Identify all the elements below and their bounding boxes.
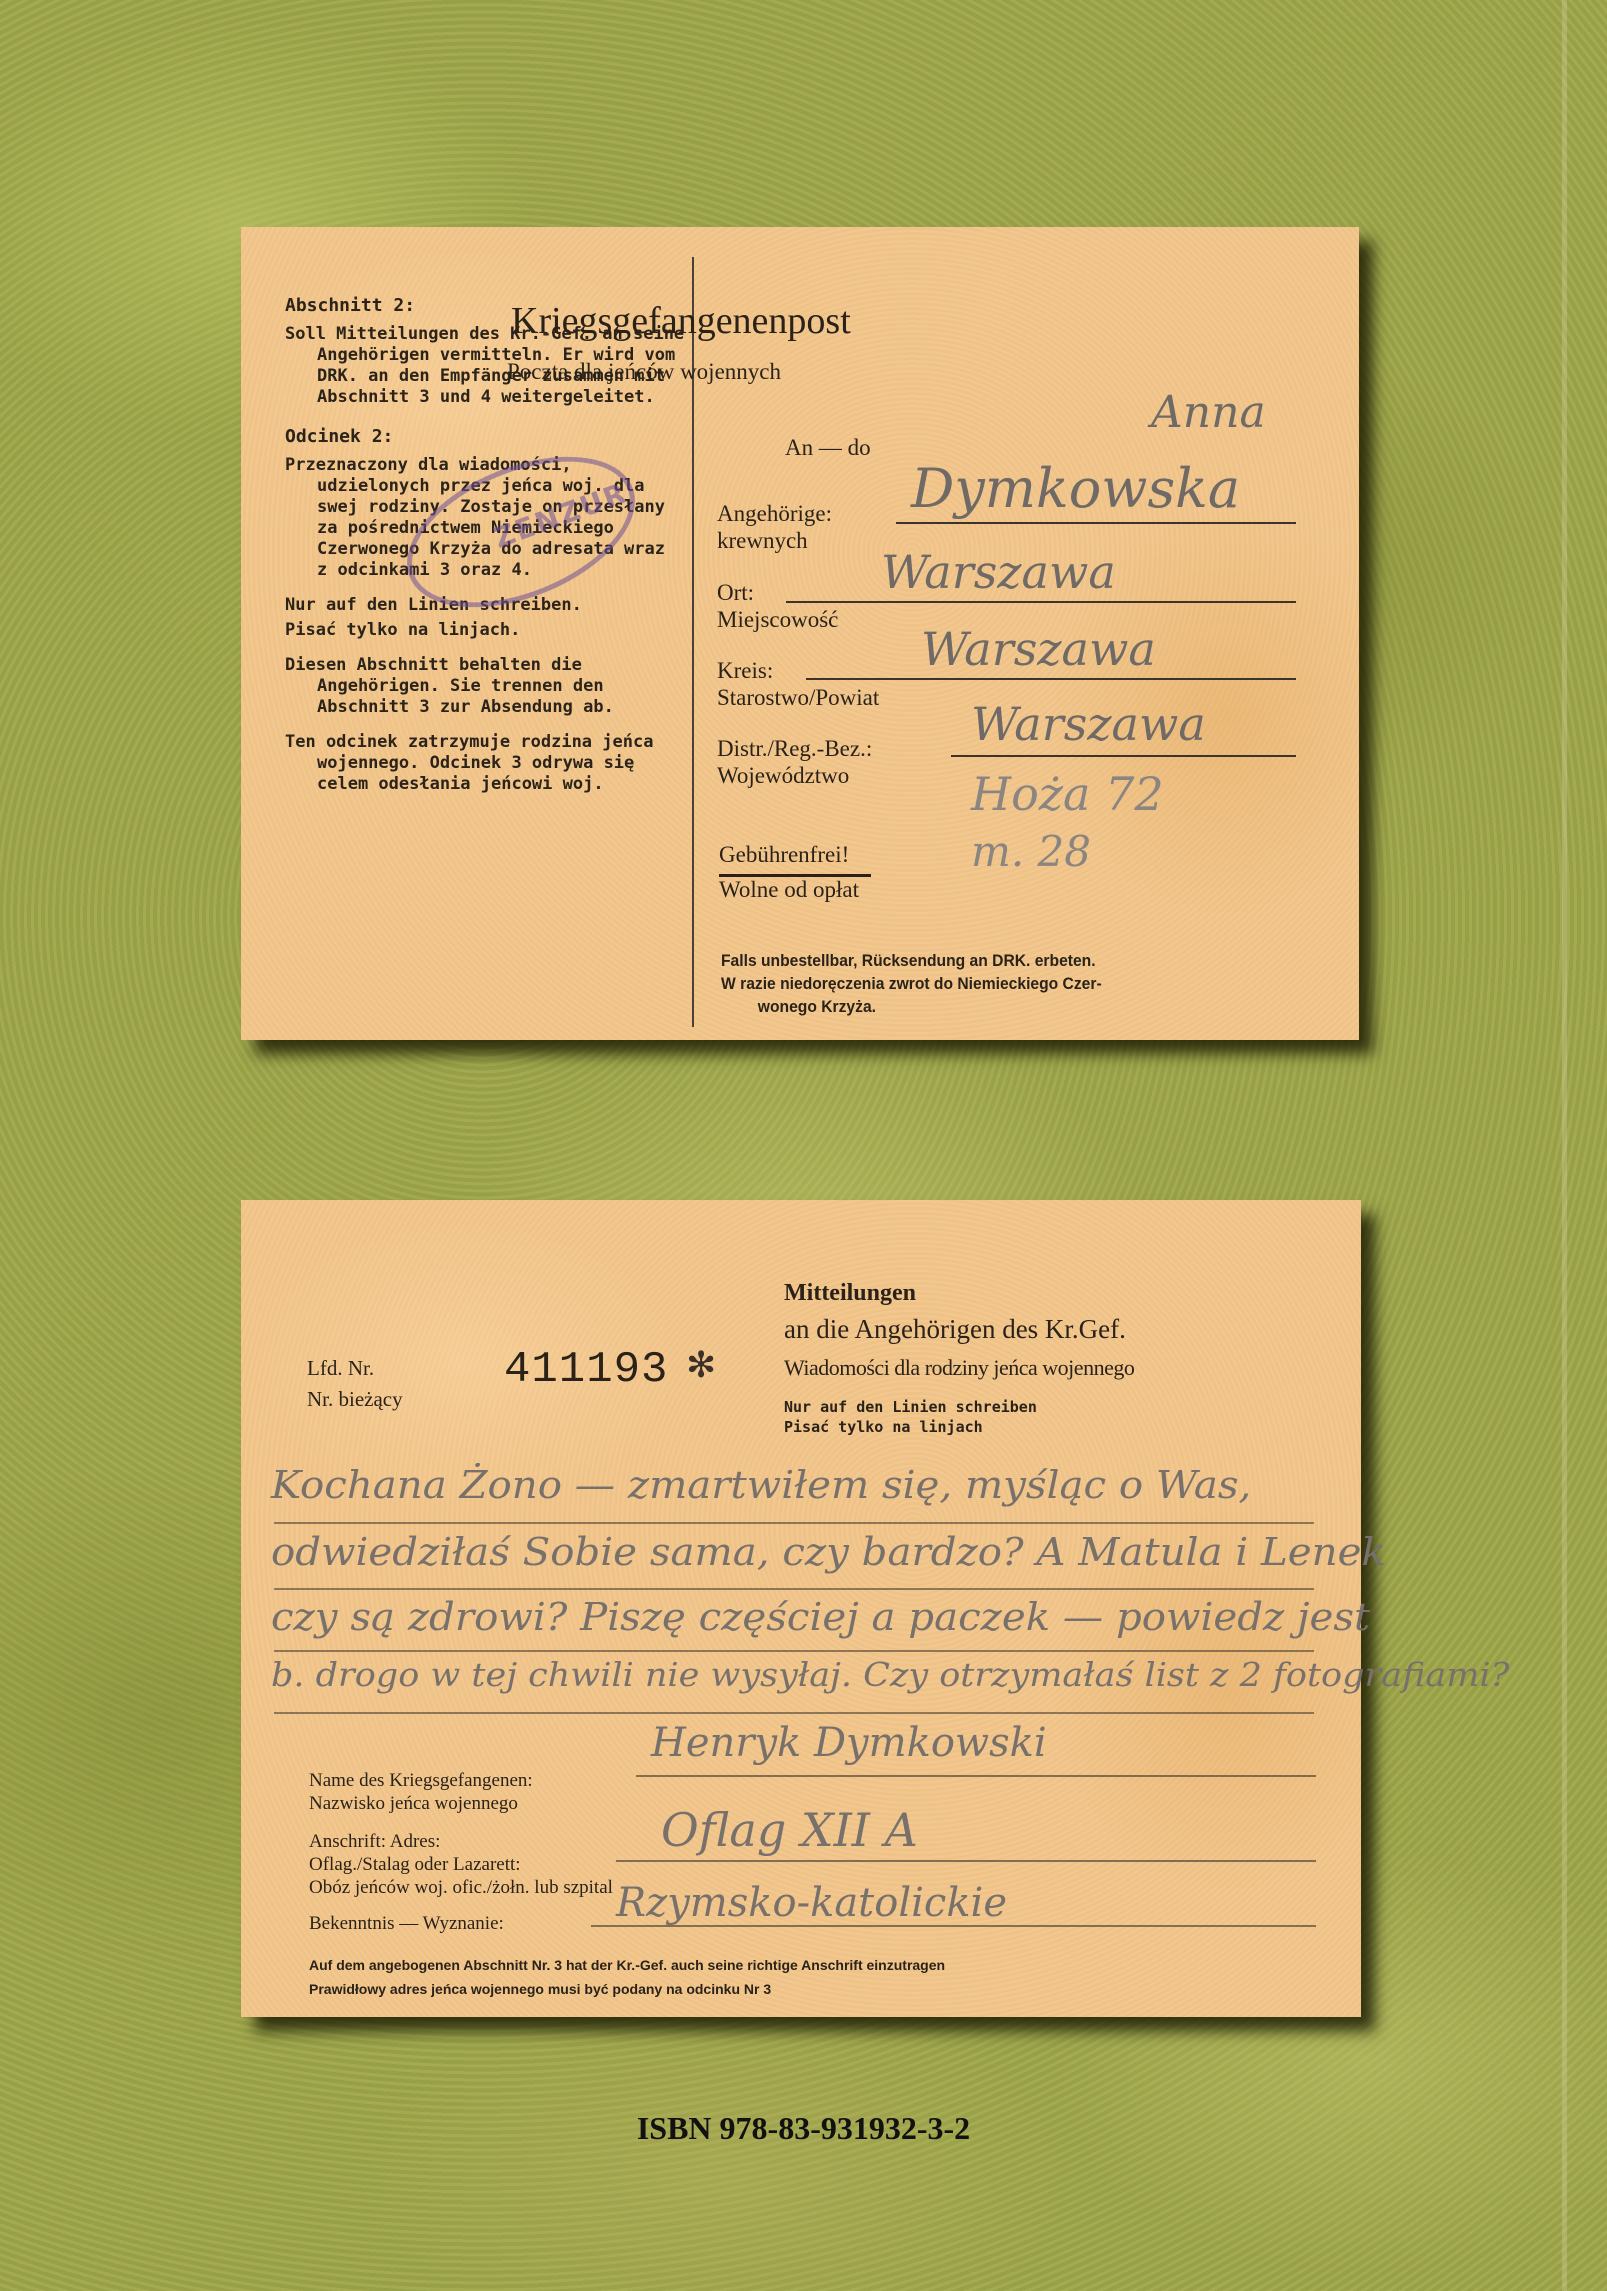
recipient-apartment: m. 28 <box>971 827 1091 876</box>
ort-line <box>786 601 1296 603</box>
ort-label: Ort: <box>717 579 754 606</box>
back-footer: Auf dem angebogenen Abschnitt Nr. 3 hat … <box>309 1953 945 2001</box>
letter-line-2: odwiedziłaś Sobie sama, czy bardzo? A Ma… <box>271 1530 1386 1574</box>
camp-address-value: Oflag XII A <box>661 1803 918 1857</box>
serial-number: 411193 <box>504 1345 668 1395</box>
powiat-label: Starostwo/Powiat <box>717 684 879 711</box>
postcard-front: Abschnitt 2: Soll Mitteilungen des Kr.-G… <box>241 227 1359 1040</box>
recipient-county: Warszawa <box>921 622 1156 676</box>
prisoner-name-line <box>636 1775 1316 1777</box>
wojewodztwo-label: Województwo <box>717 762 849 789</box>
footer-pl: Prawidłowy adres jeńca wojennego musi by… <box>309 1977 945 2001</box>
note-pl: Pisać tylko na linjach <box>784 1417 1037 1437</box>
krewnych-label: krewnych <box>717 527 808 554</box>
ruled-line <box>274 1650 1314 1652</box>
prisoner-name-label-de: Name des Kriegsgefangenen: <box>309 1769 533 1792</box>
footer-de: Auf dem angebogenen Abschnitt Nr. 3 hat … <box>309 1953 945 1977</box>
recipient-surname: Dymkowska <box>911 457 1240 520</box>
odcinek-heading: Odcinek 2: <box>285 426 685 447</box>
address-line <box>616 1860 1316 1862</box>
distr-line <box>951 755 1296 757</box>
fee-label-pl: Wolne od opłat <box>719 877 859 903</box>
angehorige-label: Angehörige: <box>717 500 832 527</box>
return-text-de: Falls unbestellbar, Rücksendung an DRK. … <box>721 949 1291 972</box>
letter-line-3: czy są zdrowi? Piszę częściej a paczek —… <box>271 1595 1370 1639</box>
write-on-lines-note: Nur auf den Linien schreiben Pisać tylko… <box>784 1397 1037 1437</box>
pisac-text: Pisać tylko na linjach. <box>285 620 685 641</box>
kreis-line <box>806 678 1296 680</box>
recipient-street: Hoża 72 <box>971 767 1164 821</box>
religion-value: Rzymsko-katolickie <box>616 1880 1007 1926</box>
postcard-back: Lfd. Nr. Nr. bieżący 411193 ✻ Mitteilung… <box>241 1200 1361 2017</box>
religion-label: Bekenntnis — Wyznanie: <box>309 1912 504 1935</box>
back-title-pl: Wiadomości dla rodziny jeńca wojennego <box>784 1355 1134 1381</box>
angehorige-line <box>896 522 1296 524</box>
distr-label: Distr./Reg.-Bez.: <box>717 735 872 762</box>
prisoner-name-label-pl: Nazwisko jeńca wojennego <box>309 1792 518 1815</box>
address-label-2: Oflag./Stalag oder Lazarett: <box>309 1853 521 1876</box>
return-text-pl-1: W razie niedoręczenia zwrot do Niemiecki… <box>721 972 1291 995</box>
recipient-province: Warszawa <box>971 697 1206 751</box>
lfd-label-de: Lfd. Nr. <box>307 1353 403 1384</box>
serial-label: Lfd. Nr. Nr. bieżący <box>307 1353 403 1415</box>
prisoner-name-value: Henryk Dymkowski <box>651 1720 1047 1766</box>
return-instructions: Falls unbestellbar, Rücksendung an DRK. … <box>721 949 1291 1018</box>
lfd-label-pl: Nr. bieżący <box>307 1384 403 1415</box>
kreis-label: Kreis: <box>717 657 773 684</box>
ruled-line <box>274 1522 1314 1524</box>
ruled-line <box>274 1588 1314 1590</box>
diesen-text: Diesen Abschnitt behalten die Angehörige… <box>285 655 685 718</box>
ruled-line <box>274 1712 1314 1714</box>
return-text-pl-2: wonego Krzyża. <box>721 995 1291 1018</box>
card-subtitle: Poczta dla jeńców wojennych <box>507 359 781 385</box>
address-label-3: Obóz jeńców woj. ofic./żołn. lub szpital <box>309 1876 613 1899</box>
flower-mark-icon: ✻ <box>686 1345 716 1386</box>
ten-odcinek-text: Ten odcinek zatrzymuje rodzina jeńca woj… <box>285 732 685 795</box>
note-de: Nur auf den Linien schreiben <box>784 1397 1037 1417</box>
recipient-town: Warszawa <box>881 545 1116 599</box>
back-title: Mitteilungen <box>784 1280 916 1307</box>
miejscowosc-label: Miejscowość <box>717 606 838 633</box>
recipient-first-name: Anna <box>1151 387 1266 438</box>
an-do-label: An — do <box>785 434 871 461</box>
letter-line-4: b. drogo w tej chwili nie wysyłaj. Czy o… <box>271 1655 1509 1694</box>
fee-label-de: Gebührenfrei! <box>719 842 849 868</box>
letter-line-1: Kochana Żono — zmartwiłem się, myśląc o … <box>271 1463 1251 1507</box>
spine-line <box>1562 0 1567 2291</box>
back-title-2: an die Angehörigen des Kr.Gef. <box>784 1314 1126 1345</box>
address-label-1: Anschrift: Adres: <box>309 1830 440 1853</box>
isbn-number: ISBN 978-83-931932-3-2 <box>0 2110 1607 2147</box>
card-title: Kriegsgefangenenpost <box>511 299 851 343</box>
